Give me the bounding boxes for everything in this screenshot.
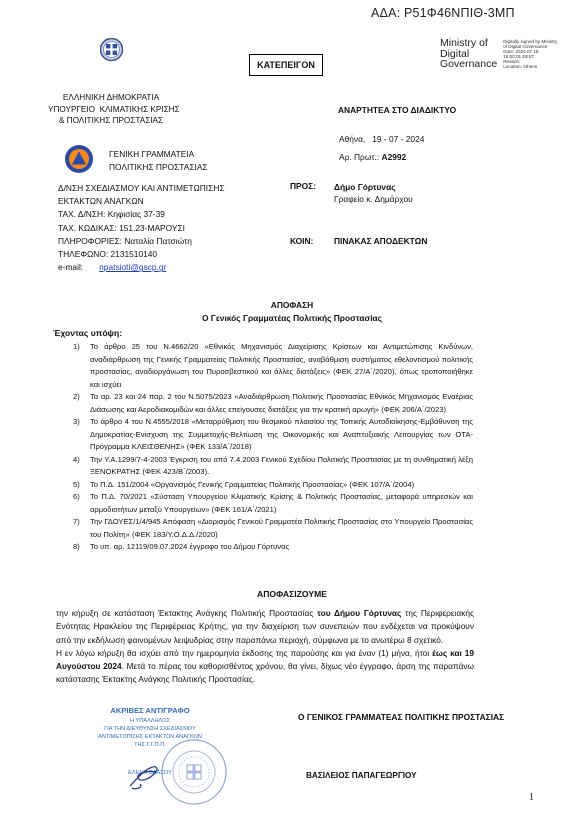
list-number: 5)	[73, 479, 90, 492]
secretariat-line: ΠΟΛΙΤΙΚΗΣ ΠΡΟΣΤΑΣΙΑΣ	[109, 161, 208, 174]
list-text: Το άρθρο 4 του Ν.4555/2018 «Μεταρρύθμιση…	[90, 416, 473, 454]
civil-protection-logo-icon	[64, 144, 94, 174]
decision-heading: ΑΠΟΦΑΣΗ Ο Γενικός Γραμματέας Πολιτικής Π…	[0, 299, 584, 325]
considering-label: Έχοντας υπόψη:	[53, 328, 122, 338]
email-label: e-mail:	[58, 262, 83, 272]
signer-line: Ministry of	[440, 38, 497, 49]
list-item: 8)Το υπ. αρ. 12119/09.07.2024 έγγραφο το…	[73, 541, 473, 554]
text-run: την κήρυξη σε κατάσταση Έκτακτης Ανάγκης…	[56, 608, 317, 618]
list-number: 4)	[73, 454, 90, 479]
greek-state-emblem-icon	[100, 38, 123, 61]
list-item: 2)Τα αρ. 23 και 24 παρ. 2 του Ν.5075/202…	[73, 391, 473, 416]
list-number: 1)	[73, 341, 90, 391]
considerations-list: 1)Το άρθρο 25 του Ν.4662/20 «Εθνικός Μηχ…	[73, 341, 473, 554]
publish-note: ΑΝΑΡΤΗΤΕΑ ΣΤΟ ΔΙΑΔΙΚΤΥΟ	[338, 105, 456, 115]
contact-person: ΠΛΗΡΟΦΟΡΙΕΣ: Ναταλία Πατσιώτη	[58, 235, 225, 248]
phone: ΤΗΛΕΦΩΝΟ: 2131510140	[58, 248, 225, 261]
contact-info: Δ/ΝΣΗ ΣΧΕΔΙΑΣΜΟΥ ΚΑΙ ΑΝΤΙΜΕΤΩΠΙΣΗΣ ΕΚΤΑΚ…	[58, 182, 225, 274]
list-item: 5)Το Π.Δ. 151/2004 «Οργανισμός Γενικής Γ…	[73, 479, 473, 492]
list-item: 1)Το άρθρο 25 του Ν.4662/20 «Εθνικός Μηχ…	[73, 341, 473, 391]
recipient-name: Δήμο Γόρτυνας	[334, 181, 413, 193]
email-row: e-mail:npatsioti@gscp.gr	[58, 261, 225, 274]
signature-details: Digitally signed by Ministry of Digital …	[503, 39, 557, 69]
page-number: 1	[529, 792, 534, 803]
protocol-number: Αρ. Πρωτ.: Α2992	[339, 152, 406, 162]
list-item: 3)Το άρθρο 4 του Ν.4555/2018 «Μεταρρύθμι…	[73, 416, 473, 454]
certified-copy-line: ΓΙΑ ΤΗΝ ΔΙΕΥΘΥΝΣΗ ΣΧΕΔΙΑΣΜΟΥ	[90, 725, 210, 733]
ada-code: ΑΔΑ: Ρ51Φ46ΝΠΙΘ-3ΜΠ	[371, 6, 515, 20]
address: ΤΑΧ. Δ/ΝΣΗ: Κηφισίας 37-39	[58, 208, 225, 221]
official-seal-stamp-icon	[160, 738, 228, 806]
list-text: Το Π.Δ. 70/2021 «Σύσταση Υπουργείου Κλιμ…	[90, 491, 473, 516]
text-run: Η εν λόγω κήρυξη θα ισχύει από την ημερο…	[56, 648, 432, 658]
protocol-value: Α2992	[382, 152, 407, 162]
issuer-line: ΥΠΟΥΡΓΕΙΟ ΚΛΙΜΑΤΙΚΗΣ ΚΡΙΣΗΣ	[48, 104, 174, 116]
list-number: 6)	[73, 491, 90, 516]
list-text: Το Π.Δ. 151/2004 «Οργανισμός Γενικής Γρα…	[90, 479, 473, 492]
certified-copy-title: ΑΚΡΙΒΕΣ ΑΝΤΙΓΡΑΦΟ	[90, 706, 210, 716]
directorate-line: Δ/ΝΣΗ ΣΧΕΔΙΑΣΜΟΥ ΚΑΙ ΑΝΤΙΜΕΤΩΠΙΣΗΣ	[58, 182, 225, 195]
list-item: 7)Την ΓΔΟΥΕΣ/1/4/945 Απόφαση «Διορισμός …	[73, 516, 473, 541]
decision-body: την κήρυξη σε κατάσταση Έκτακτης Ανάγκης…	[56, 607, 474, 687]
signatory-name: ΒΑΣΙΛΕΙΟΣ ΠΑΠΑΓΕΩΡΓΙΟΥ	[306, 771, 417, 780]
issuer-line: & ΠΟΛΙΤΙΚΗΣ ΠΡΟΣΤΑΣΙΑΣ	[48, 115, 174, 127]
issuer-line: ΕΛΛΗΝΙΚΗ ΔΗΜΟΚΡΑΤΙΑ	[48, 92, 174, 104]
email-link[interactable]: npatsioti@gscp.gr	[99, 262, 166, 272]
list-number: 8)	[73, 541, 90, 554]
list-item: 6)Το Π.Δ. 70/2021 «Σύσταση Υπουργείου Κλ…	[73, 491, 473, 516]
decide-heading: ΑΠΟΦΑΣΙΖΟΥΜΕ	[0, 589, 584, 599]
digital-signature: Ministry of Digital Governance Digitally…	[440, 38, 557, 70]
issuer-header: ΕΛΛΗΝΙΚΗ ΔΗΜΟΚΡΑΤΙΑ ΥΠΟΥΡΓΕΙΟ ΚΛΙΜΑΤΙΚΗΣ…	[48, 92, 174, 127]
list-text: Το υπ. αρ. 12119/09.07.2024 έγγραφο του …	[90, 541, 473, 554]
cc-value: ΠΙΝΑΚΑΣ ΑΠΟΔΕΚΤΩΝ	[334, 236, 427, 246]
cc-label: ΚΟΙΝ:	[290, 236, 313, 246]
to-label: ΠΡΟΣ:	[290, 181, 316, 191]
decision-paragraph-1: την κήρυξη σε κατάσταση Έκτακτης Ανάγκης…	[56, 607, 474, 647]
signer-line: Governance	[440, 59, 497, 70]
list-number: 3)	[73, 416, 90, 454]
list-item: 4)Την Υ.Α.1299/7-4-2003 Έγκριση του από …	[73, 454, 473, 479]
list-text: Την ΓΔΟΥΕΣ/1/4/945 Απόφαση «Διορισμός Γε…	[90, 516, 473, 541]
municipality-name: του Δήμου Γόρτυνας	[317, 608, 401, 618]
handwritten-signature-icon	[126, 762, 166, 792]
to-recipient: Δήμο Γόρτυνας Γραφείο κ. Δημάρχου	[334, 181, 413, 205]
list-number: 2)	[73, 391, 90, 416]
signatory-title: Ο ΓΕΝΙΚΟΣ ΓΡΑΜΜΑΤΕΑΣ ΠΟΛΙΤΙΚΗΣ ΠΡΟΣΤΑΣΙΑ…	[298, 712, 504, 722]
general-secretariat: ΓΕΝΙΚΗ ΓΡΑΜΜΑΤΕΙΑ ΠΟΛΙΤΙΚΗΣ ΠΡΟΣΤΑΣΙΑΣ	[109, 148, 208, 174]
decision-title: ΑΠΟΦΑΣΗ	[0, 299, 584, 312]
urgent-label: ΚΑΤΕΠΕΙΓΟΝ	[249, 54, 323, 76]
certified-copy-line: Η ΥΠΑΛΛΗΛΟΣ	[90, 717, 210, 725]
secretariat-line: ΓΕΝΙΚΗ ΓΡΑΜΜΑΤΕΙΑ	[109, 148, 208, 161]
list-text: Την Υ.Α.1299/7-4-2003 Έγκριση του από 7.…	[90, 454, 473, 479]
signature-signer: Ministry of Digital Governance	[440, 38, 497, 70]
list-number: 7)	[73, 516, 90, 541]
document-date: Αθήνα, 19 - 07 - 2024	[339, 134, 424, 144]
list-text: Το άρθρο 25 του Ν.4662/20 «Εθνικός Μηχαν…	[90, 341, 473, 391]
postal-code: ΤΑΧ. ΚΩΔΙΚΑΣ: 151.23-ΜΑΡΟΥΣΙ	[58, 222, 225, 235]
decision-paragraph-2: Η εν λόγω κήρυξη θα ισχύει από την ημερο…	[56, 647, 474, 687]
recipient-office: Γραφείο κ. Δημάρχου	[334, 193, 413, 205]
signature-detail-line: Location: Athens	[503, 64, 557, 69]
list-text: Τα αρ. 23 και 24 παρ. 2 του Ν.5075/2023 …	[90, 391, 473, 416]
decision-subtitle: Ο Γενικός Γραμματέας Πολιτικής Προστασία…	[0, 312, 584, 325]
protocol-label: Αρ. Πρωτ.:	[339, 152, 379, 162]
directorate-line: ΕΚΤΑΚΤΩΝ ΑΝΑΓΚΩΝ	[58, 195, 225, 208]
